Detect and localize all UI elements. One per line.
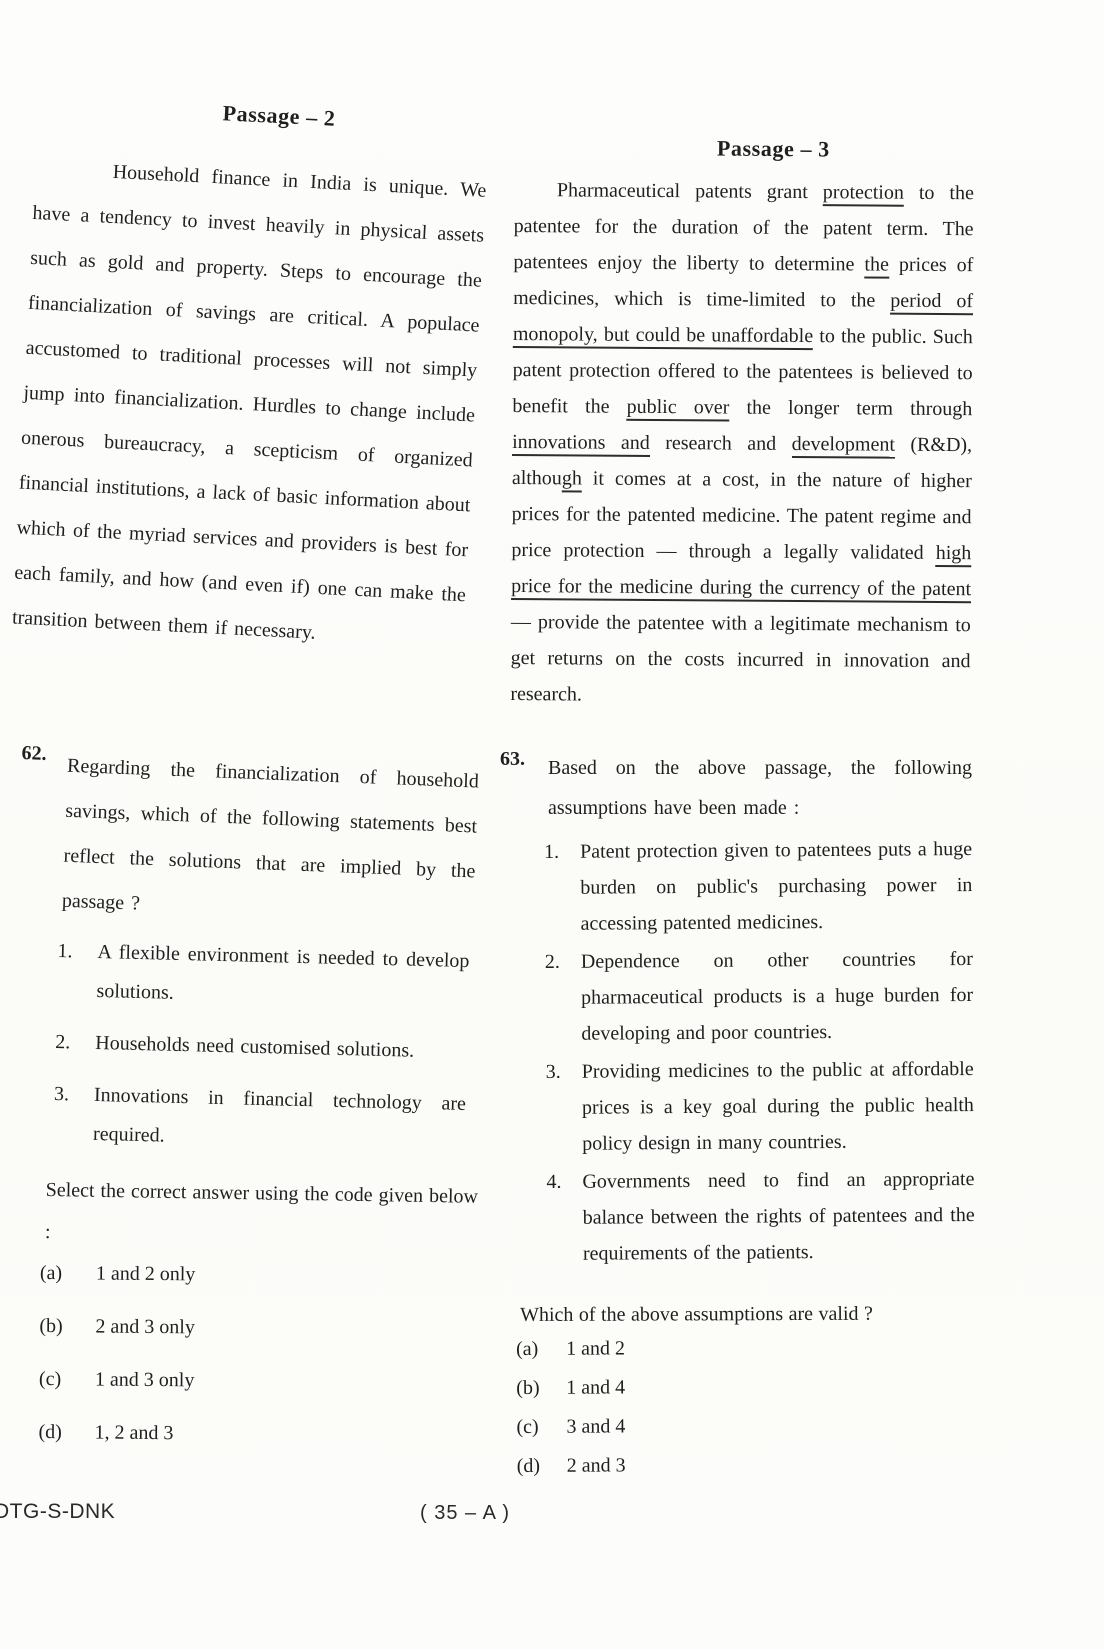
passage-3-segment: Pharmaceutical patents grant — [557, 179, 823, 203]
item-number: 2. — [545, 944, 581, 980]
option-label: (d) — [38, 1421, 94, 1444]
option-text: 1 and 2 only — [96, 1262, 470, 1288]
passage-3-segment: the longer term through — [729, 397, 972, 421]
option-text: 2 and 3 only — [95, 1315, 469, 1341]
item-number: 4. — [546, 1164, 582, 1200]
question-62-text: Regarding the financialization of househ… — [61, 744, 480, 940]
question-63-text: Based on the above passage, the followin… — [548, 748, 972, 828]
question-62: 62. Regarding the financialization of ho… — [15, 742, 480, 939]
passage-3-title: Passage – 3 — [545, 134, 1002, 164]
option-label: (c) — [516, 1416, 566, 1439]
question-62-number: 62. — [21, 742, 68, 767]
question-63: 63. Based on the above passage, the foll… — [500, 748, 972, 828]
passage-2-text: Household finance in India is unique. We… — [11, 146, 487, 663]
list-item: 2. Households need customised solutions. — [55, 1023, 468, 1072]
question-63-items: 1. Patent protection given to patentees … — [544, 831, 975, 1274]
passage-2-title: Passage – 2 — [53, 92, 506, 140]
option-label: (b) — [39, 1315, 95, 1338]
option-text: 1 and 2 — [566, 1336, 956, 1361]
item-text: Governments need to find an appropriate … — [582, 1161, 975, 1272]
question-63-options: (a) 1 and 2 (b) 1 and 4 (c) 3 and 4 (d) … — [516, 1336, 957, 1494]
item-number: 3. — [546, 1054, 582, 1090]
option-d: (d) 1, 2 and 3 — [38, 1421, 468, 1478]
list-item: 1. Patent protection given to patentees … — [544, 831, 973, 942]
passage-3-segment: — provide the patentee with a legitimate… — [510, 611, 971, 705]
pen-underlined-phrase: public over — [627, 396, 730, 422]
item-text: Innovations in financial technology are … — [93, 1076, 467, 1163]
question-63-number: 63. — [500, 748, 548, 771]
pen-underlined-phrase: innovations and — [512, 431, 650, 457]
item-text: A flexible environment is needed to deve… — [96, 933, 470, 1020]
scanned-exam-page: Passage – 2 Household finance in India i… — [0, 0, 1104, 1649]
option-d: (d) 2 and 3 — [517, 1453, 957, 1494]
option-text: 3 and 4 — [566, 1414, 956, 1439]
item-number: 1. — [57, 932, 98, 972]
question-62-instruction: Select the correct answer using the code… — [45, 1169, 482, 1260]
option-b: (b) 2 and 3 only — [39, 1315, 469, 1372]
question-62-options: (a) 1 and 2 only (b) 2 and 3 only (c) 1 … — [38, 1262, 470, 1478]
option-a: (a) 1 and 2 only — [40, 1262, 470, 1319]
option-label: (a) — [40, 1262, 96, 1285]
passage-3-segment: research and — [650, 432, 792, 455]
option-c: (c) 3 and 4 — [516, 1414, 956, 1455]
pen-underlined-phrase: the — [864, 253, 889, 278]
item-text: Households need customised solutions. — [95, 1024, 468, 1072]
option-label: (b) — [516, 1377, 566, 1400]
option-label: (d) — [517, 1455, 567, 1478]
option-text: 1 and 3 only — [95, 1368, 469, 1394]
booklet-code: DTG-S-DNK — [0, 1500, 115, 1524]
page-number: ( 35 – A ) — [420, 1502, 510, 1525]
item-text: Providing medicines to the public at aff… — [582, 1051, 975, 1162]
option-text: 1, 2 and 3 — [94, 1421, 468, 1447]
pen-underlined-phrase: gh — [562, 467, 582, 492]
option-label: (c) — [39, 1368, 95, 1391]
passage-3-text: Pharmaceutical patents grant protection … — [510, 172, 974, 715]
pen-underlined-phrase: development — [792, 433, 895, 459]
option-c: (c) 1 and 3 only — [39, 1368, 469, 1425]
list-item: 2. Dependence on other countries for pha… — [545, 941, 974, 1052]
pen-underlined-phrase: protection — [823, 181, 904, 207]
item-text: Patent protection given to patentees put… — [580, 831, 973, 942]
item-number: 1. — [544, 834, 580, 870]
option-label: (a) — [516, 1338, 566, 1361]
item-text: Dependence on other countries for pharma… — [581, 941, 974, 1052]
question-62-items: 1. A flexible environment is needed to d… — [52, 932, 470, 1176]
option-b: (b) 1 and 4 — [516, 1375, 956, 1416]
option-text: 1 and 4 — [566, 1375, 956, 1400]
passage-2-body-text: Household finance in India is unique. We… — [11, 146, 487, 663]
list-item: 4. Governments need to find an appropria… — [546, 1161, 975, 1272]
option-text: 2 and 3 — [567, 1453, 957, 1478]
item-number: 3. — [54, 1075, 95, 1115]
list-item: 3. Providing medicines to the public at … — [546, 1051, 975, 1162]
option-a: (a) 1 and 2 — [516, 1336, 956, 1377]
question-63-closing: Which of the above assumptions are valid… — [520, 1296, 975, 1332]
list-item: 3. Innovations in financial technology a… — [53, 1075, 467, 1163]
item-number: 2. — [55, 1023, 96, 1063]
list-item: 1. A flexible environment is needed to d… — [56, 932, 470, 1020]
